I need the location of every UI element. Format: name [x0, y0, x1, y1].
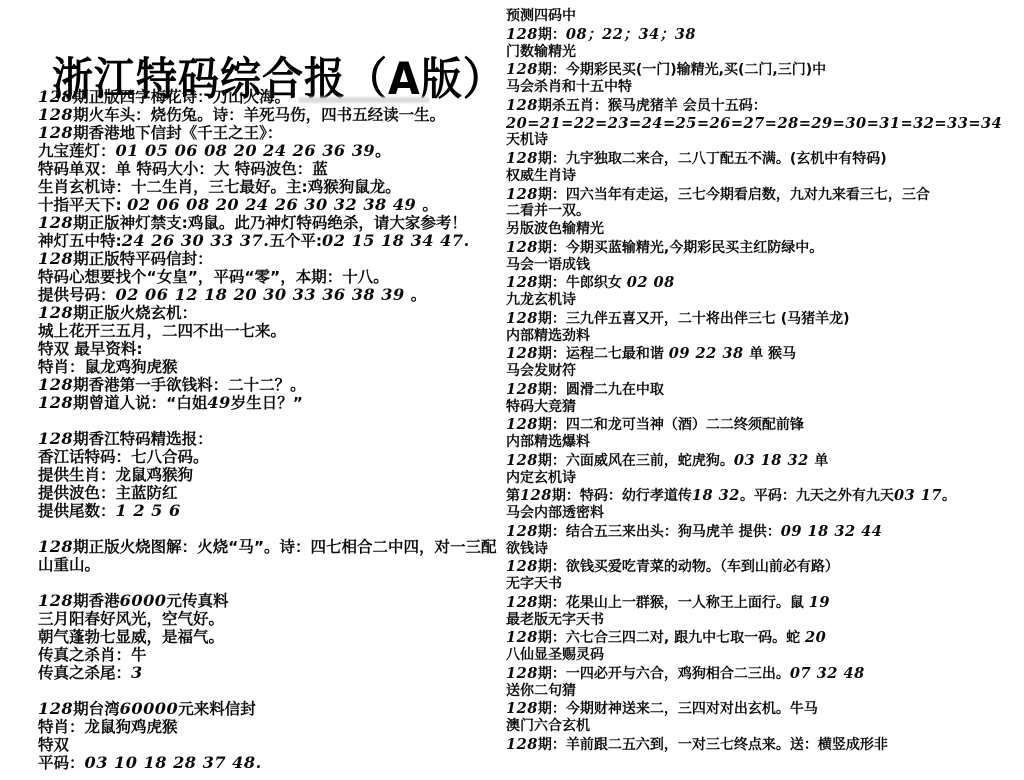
number-run: 128: [520, 487, 552, 504]
text-line: 128期正版火烧图解：火烧“马”。诗：四七相合二中四，对一三配: [38, 538, 500, 556]
text-line: 128期杀五肖：猴马虎猪羊 会员十五码：: [506, 97, 1020, 115]
number-run: 128: [506, 381, 538, 398]
number-run: 128: [506, 452, 538, 469]
number-run: 01 05 06 08 20 24 26 36 39: [116, 141, 376, 160]
text-line: 内部精选爆料: [506, 434, 1020, 452]
text-line: 128期香江特码精选报：: [38, 430, 500, 448]
number-run: 03 10 18 28 37 48.: [85, 753, 262, 772]
text-line: 128期：欲钱买爱吃青菜的动物。（车到山前必有路）: [506, 558, 1020, 576]
text-line: 城上花开三五月，二四不出一七来。: [38, 322, 500, 340]
text-line: 提供波色：主蓝防红: [38, 484, 500, 502]
text-line: 128期：四二和龙可当神（酒）二二终须配前锋: [506, 416, 1020, 434]
number-run: 128: [506, 61, 538, 78]
text-line: 天机诗: [506, 132, 1020, 150]
number-run: 128: [506, 186, 538, 203]
text-line: 澳门六合玄机: [506, 718, 1020, 736]
blank-line: [38, 520, 500, 538]
number-run: 09 22 38: [669, 345, 749, 362]
number-run: 02 08: [627, 274, 675, 291]
number-run: 128: [506, 523, 538, 540]
text-line: 十指平天下: 02 06 08 20 24 26 30 32 38 49 。: [38, 196, 500, 214]
number-run: 3: [131, 663, 143, 682]
text-line: 第128期：特码：幼行孝道传18 32。平码：九天之外有九天03 17。: [506, 487, 1020, 505]
text-line: 另版波色输精光: [506, 221, 1020, 239]
left-column: 128期正版四字梅花诗：刀山火海。128期火车头：烧伤兔。诗：羊死马伤，四书五经…: [38, 88, 500, 772]
number-run: 128: [506, 274, 538, 291]
number-run: 128: [38, 303, 73, 322]
number-run: 128: [506, 736, 538, 753]
text-line: 特码单双：单 特码大小：大 特码波色：蓝: [38, 160, 500, 178]
text-line: 128期台湾60000元来料信封: [38, 700, 500, 718]
number-run: 24 26 30 33 37.: [122, 231, 270, 250]
number-run: 1 2 5 6: [116, 501, 181, 520]
text-line: 马会内部透密料: [506, 505, 1020, 523]
number-run: 128: [38, 375, 73, 394]
text-line: 128期正版四字梅花诗：刀山火海。: [38, 88, 500, 106]
number-run: 128: [38, 105, 73, 124]
number-run: 128: [506, 310, 538, 327]
number-run: 07 32 48: [790, 665, 865, 682]
blank-line: [38, 682, 500, 700]
number-run: 128: [506, 629, 538, 646]
number-run: 128: [506, 97, 538, 114]
text-line: 128期：圆滑二九在中取: [506, 381, 1020, 399]
text-line: 特码大竞猜: [506, 399, 1020, 417]
text-line: 128期香港地下信封《千王之王》：: [38, 124, 500, 142]
text-line: 128期：六面威风在三前，蛇虎狗。03 18 32 单: [506, 452, 1020, 470]
number-run: 20: [805, 629, 826, 646]
number-run: 128: [506, 558, 538, 575]
text-line: 生肖玄机诗：十二生肖，三七最好。主:鸡猴狗鼠龙。: [38, 178, 500, 196]
text-line: 最老版无字天书: [506, 612, 1020, 630]
text-line: 128期香港第一手欲钱料：二十二？。: [38, 376, 500, 394]
text-line: 香江话特码：七八合码。: [38, 448, 500, 466]
text-line: 128期正版神灯禁支:鸡鼠。此乃神灯特码绝杀，请大家参考！: [38, 214, 500, 232]
text-line: 权威生肖诗: [506, 168, 1020, 186]
text-line: 特肖：鼠龙鸡狗虎猴: [38, 358, 500, 376]
text-line: 128期：花果山上一群猴，一人称王上面行。鼠 19: [506, 594, 1020, 612]
text-line: 朝气蓬勃七显威，是福气。: [38, 628, 500, 646]
number-run: 49: [207, 393, 230, 412]
text-line: 预测四码中: [506, 8, 1020, 26]
text-line: 特码心想要找个“女皇”，平码“零”，本期：十八。: [38, 268, 500, 286]
number-run: 20=21=22=23=24=25=26=27=28=29=30=31=32=3…: [506, 115, 1002, 132]
number-run: 6000: [120, 591, 167, 610]
number-run: 03 18 32: [734, 452, 814, 469]
number-run: 03 17: [894, 487, 942, 504]
text-line: 128期香港6000元传真料: [38, 592, 500, 610]
text-line: 128期：08；22；34；38: [506, 26, 1020, 44]
text-line: 山重山。: [38, 556, 500, 574]
text-line: 传真之杀尾：3: [38, 664, 500, 682]
number-run: 128: [38, 87, 73, 106]
text-line: 九宝莲灯：01 05 06 08 20 24 26 36 39。: [38, 142, 500, 160]
number-run: 128: [38, 537, 73, 556]
number-run: 128: [506, 594, 538, 611]
blank-line: [38, 574, 500, 592]
number-run: 128: [38, 699, 73, 718]
text-line: 二看并一双。: [506, 203, 1020, 221]
blank-line: [38, 412, 500, 430]
number-run: 128: [506, 239, 538, 256]
text-line: 128期正版火烧玄机：: [38, 304, 500, 322]
text-line: 128期：四六当年有走运，三七今期看启数，九对九来看三七，三合: [506, 186, 1020, 204]
text-line: 128期：九宇独取二来合，二八丁配五不满。(玄机中有特码): [506, 150, 1020, 168]
text-line: 送你二句猜: [506, 683, 1020, 701]
number-run: 08；22；34；38: [566, 26, 696, 43]
text-line: 提供生肖：龙鼠鸡猴狗: [38, 466, 500, 484]
text-line: 128期：结合五三来出头：狗马虎羊 提供：09 18 32 44: [506, 523, 1020, 541]
number-run: 60000: [120, 699, 179, 718]
text-line: 128期：牛郎织女 02 08: [506, 274, 1020, 292]
right-column: 预测四码中128期：08；22；34；38门数输精光128期：今期彩民买(一门)…: [506, 8, 1020, 754]
scanned-lottery-sheet: 浙江特码综合报（A版） 128期正版四字梅花诗：刀山火海。128期火车头：烧伤兔…: [0, 0, 1024, 780]
text-line: 128期曾道人说：“白姐49岁生日？”: [38, 394, 500, 412]
text-line: 平码：03 10 18 28 37 48.: [38, 754, 500, 772]
text-line: 八仙显圣赐灵码: [506, 647, 1020, 665]
number-run: 09 18 32 44: [781, 523, 883, 540]
text-line: 神灯五中特:24 26 30 33 37.五个平:02 15 18 34 47.: [38, 232, 500, 250]
text-line: 128期：六七合三四二对, 跟九中七取一码。蛇 20: [506, 629, 1020, 647]
text-line: 马会杀肖和十五中特: [506, 79, 1020, 97]
text-line: 128期：羊前跟二五六到，一对三七终点来。送：横竖成形非: [506, 736, 1020, 754]
number-run: 128: [38, 429, 73, 448]
text-line: 特肖：龙鼠狗鸡虎猴: [38, 718, 500, 736]
text-line: 128期火车头：烧伤兔。诗：羊死马伤，四书五经读一生。: [38, 106, 500, 124]
number-run: 128: [506, 26, 538, 43]
number-run: 19: [809, 594, 830, 611]
number-run: 128: [38, 393, 73, 412]
text-line: 马会一语成钱: [506, 257, 1020, 275]
text-line: 128期：三九伴五喜又开，二十将出伴三七 (马猪羊龙): [506, 310, 1020, 328]
text-line: 128期：今期财神送来二，三四对对出玄机。牛马: [506, 700, 1020, 718]
text-line: 特双 最早资料:: [38, 340, 500, 358]
number-run: 128: [506, 700, 538, 717]
text-line: 内定玄机诗: [506, 470, 1020, 488]
number-run: 128: [506, 150, 538, 167]
number-run: 128: [506, 416, 538, 433]
number-run: 02 06 12 18 20 30 33 36 38 39: [116, 285, 411, 304]
text-line: 门数输精光: [506, 44, 1020, 62]
text-line: 128期：一四必开与六合，鸡狗相合二三出。07 32 48: [506, 665, 1020, 683]
text-line: 无字天书: [506, 576, 1020, 594]
text-line: 20=21=22=23=24=25=26=27=28=29=30=31=32=3…: [506, 115, 1020, 133]
text-line: 三月阳春好风光，空气好。: [38, 610, 500, 628]
text-line: 传真之杀肖：牛: [38, 646, 500, 664]
text-line: 欲钱诗: [506, 541, 1020, 559]
number-run: 128: [506, 665, 538, 682]
number-run: 128: [506, 345, 538, 362]
text-line: 128期：运程二七最和谐 09 22 38 单 猴马: [506, 345, 1020, 363]
number-run: 128: [38, 249, 73, 268]
text-line: 128期正版特平码信封：: [38, 250, 500, 268]
text-line: 提供尾数：1 2 5 6: [38, 502, 500, 520]
text-line: 提供号码：02 06 12 18 20 30 33 36 38 39 。: [38, 286, 500, 304]
text-line: 内部精选劲料: [506, 328, 1020, 346]
text-line: 128期：今期买蓝输精光,今期彩民买主红防绿中。: [506, 239, 1020, 257]
number-run: 18 32: [692, 487, 740, 504]
text-line: 九龙玄机诗: [506, 292, 1020, 310]
number-run: 128: [38, 123, 73, 142]
text-line: 特双: [38, 736, 500, 754]
number-run: 02 06 08 20 24 26 30 32 38 49: [127, 195, 422, 214]
number-run: 128: [38, 591, 73, 610]
number-run: 128: [38, 213, 73, 232]
text-line: 马会发财符: [506, 363, 1020, 381]
number-run: 02 15 18 34 47.: [322, 231, 470, 250]
text-line: 128期：今期彩民买(一门)输精光,买(二门,三门)中: [506, 61, 1020, 79]
